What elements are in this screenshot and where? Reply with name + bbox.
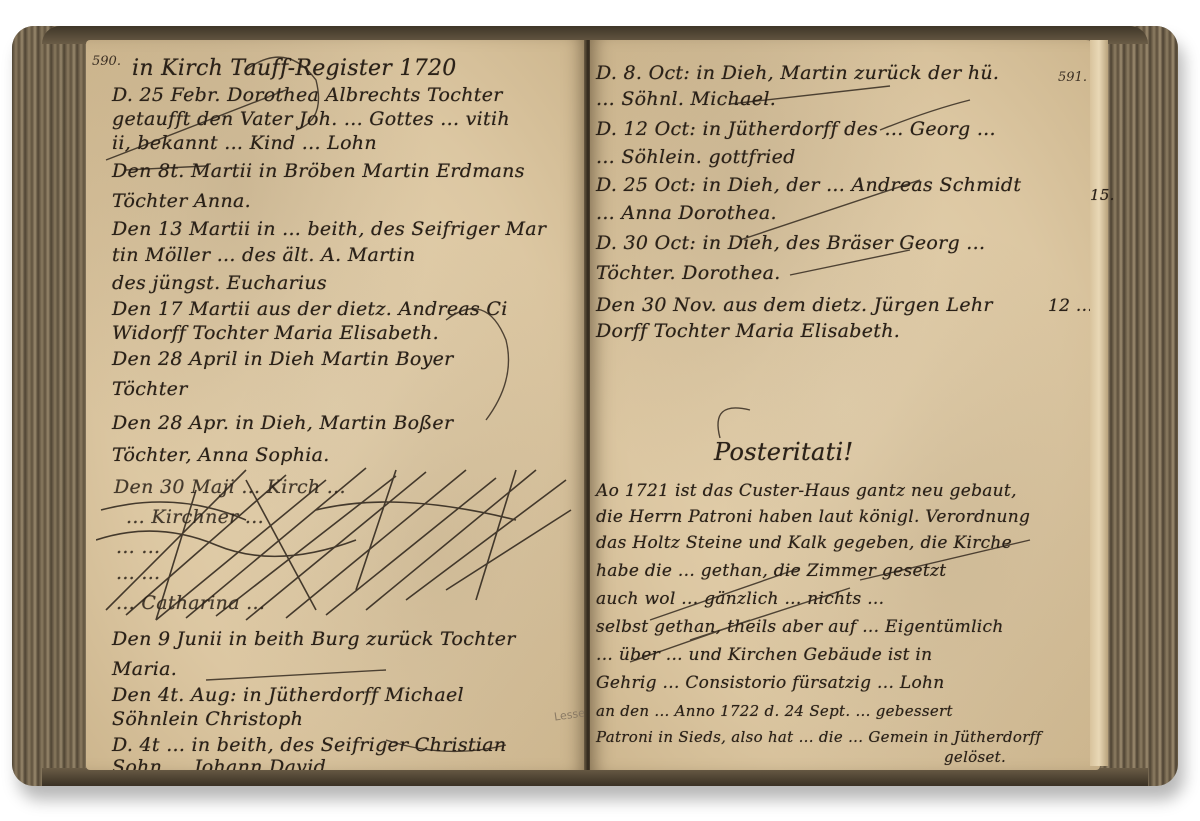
entry-line: D. 30 Oct: in Dieh, des Bräser Georg ... [596, 232, 985, 254]
entry-line: D. 25 Oct: in Dieh, der ... Andreas Schm… [596, 174, 1021, 196]
struck-line: ... Kirchner ... [126, 506, 264, 528]
posterity-line: gelöset. [944, 746, 1006, 768]
entry-line: tin Möller ... des ält. A. Martin [112, 244, 415, 266]
photo-stage: 590. in Kirch Tauff-Register 1720 D. 25 … [0, 0, 1200, 821]
struck-line: ... Catharina ... [116, 592, 265, 614]
entry-line: Töchter [112, 378, 188, 400]
posterity-heading: Posteritati! [714, 438, 853, 466]
entry-line: Söhnlein Christoph [112, 708, 303, 730]
entry-line: D. 25 Febr. Dorothea Albrechts Tochter [112, 84, 503, 106]
entry-line: Den 30 Nov. aus dem dietz. Jürgen Lehr [596, 294, 993, 316]
entry-line: Sohn ... Johann David [112, 756, 326, 770]
entry-line: des jüngst. Eucharius [112, 272, 327, 294]
entry-line: Den 4t. Aug: in Jütherdorff Michael [112, 684, 464, 706]
posterity-line: das Holtz Steine und Kalk gegeben, die K… [596, 532, 1012, 554]
page-edge-strip: 15. [1090, 40, 1108, 766]
entry-line: D. 8. Oct: in Dieh, Martin zurück der hü… [596, 62, 999, 84]
entry-line: Widorff Tochter Maria Elisabeth. [112, 322, 439, 344]
entry-line: Maria. [112, 658, 177, 680]
posterity-line: selbst gethan, theils aber auf ... Eigen… [596, 616, 1004, 638]
entry-line: getaufft den Vater Joh. ... Gottes ... v… [112, 108, 510, 130]
entry-line: Den 28 April in Dieh Martin Boyer [112, 348, 454, 370]
struck-line: ... ... [116, 562, 160, 584]
book-cover-bottom [42, 768, 1148, 786]
open-book: 590. in Kirch Tauff-Register 1720 D. 25 … [12, 26, 1178, 786]
entry-line: ... Söhlein. gottfried [596, 146, 796, 168]
entry-line: Den 8t. Martii in Bröben Martin Erdmans [112, 160, 525, 182]
left-page-number: 590. [92, 54, 121, 69]
struck-line: ... ... [116, 536, 160, 558]
entry-line: ... Söhnl. Michael. [596, 88, 776, 110]
posterity-line: an den ... Anno 1722 d. 24 Sept. ... geb… [596, 700, 953, 722]
entry-line: Den 28 Apr. in Dieh, Martin Boßer [112, 412, 453, 434]
entry-line: Den 9 Junii in beith Burg zurück Tochter [112, 628, 516, 650]
entry-line: Den 13 Martii in ... beith, des Seifrige… [112, 218, 546, 240]
struck-line: Den 30 Maji ... Kirch ... [114, 476, 346, 498]
posterity-line: Gehrig ... Consistorio fürsatzig ... Loh… [596, 672, 944, 694]
pencil-margin-note: Lessen [553, 705, 586, 723]
register-title: in Kirch Tauff-Register 1720 [132, 58, 457, 80]
entry-line: Töchter. Dorothea. [596, 262, 781, 284]
book-edge-left [12, 26, 94, 786]
posterity-line: die Herrn Patroni haben laut königl. Ver… [596, 506, 1030, 528]
posterity-line: habe die ... gethan, die Zimmer gesetzt [596, 560, 946, 582]
posterity-line: ... über ... und Kirchen Gebäude ist in [596, 644, 932, 666]
entry-line: ... Anna Dorothea. [596, 202, 777, 224]
entry-line: Dorff Tochter Maria Elisabeth. [596, 320, 900, 342]
posterity-line: Patroni in Sieds, also hat ... die ... G… [596, 726, 1041, 748]
entry-line: D. 4t ... in beith, des Seifriger Christ… [112, 734, 506, 756]
entry-line: D. 12 Oct: in Jütherdorff des ... Georg … [596, 118, 996, 140]
edge-mark: 15. [1090, 186, 1115, 204]
entry-line: Töchter Anna. [112, 190, 251, 212]
entry-line: ii, bekannt ... Kind ... Lohn [112, 132, 377, 154]
entry-line: Den 17 Martii aus der dietz. Andreas Ci [112, 298, 508, 320]
posterity-line: Ao 1721 ist das Custer-Haus gantz neu ge… [596, 480, 1017, 502]
struck-out-entries: Den 30 Maji ... Kirch ... ... Kirchner .… [96, 450, 576, 625]
posterity-line: auch wol ... gänzlich ... nichts ... [596, 588, 884, 610]
book-edge-right [1098, 26, 1178, 786]
right-page: 591. D. 8. Oct: in Dieh, Martin zurück d… [590, 40, 1100, 770]
right-page-number: 591. [1058, 70, 1087, 85]
left-page: 590. in Kirch Tauff-Register 1720 D. 25 … [86, 40, 586, 770]
side-annotation: 12 ... [1048, 296, 1093, 316]
